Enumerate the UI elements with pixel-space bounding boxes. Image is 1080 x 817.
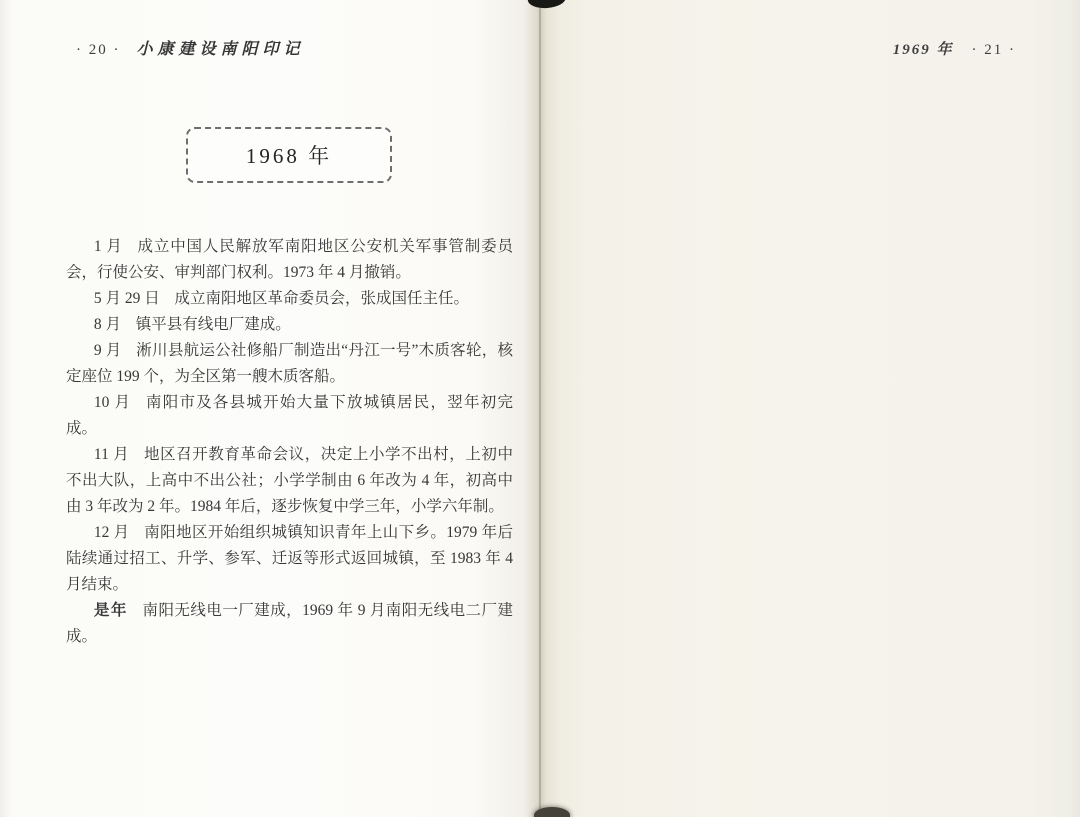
book-spread-scan: · 20 ·小康建设南阳印记 1968 年 1 月成立中国人民解放军南阳地区公安… (0, 0, 1080, 817)
entry-date: 是年 (94, 602, 128, 619)
chronicle-entry: 是年南阳无线电一厂建成，1969 年 9 月南阳无线电二厂建成。 (66, 598, 513, 650)
entry-date: 11 月 (94, 446, 129, 463)
entry-date: 10 月 (94, 394, 131, 411)
page-number-left: · 20 · (76, 42, 121, 58)
year-box-label: 1968 年 (246, 140, 332, 170)
entry-text: 南阳地区开始组织城镇知识青年上山下乡。1979 年后陆续通过招工、升学、参军、迁… (66, 524, 513, 593)
book-gutter-shadow (539, 0, 541, 817)
entry-text: 南阳无线电一厂建成，1969 年 9 月南阳无线电二厂建成。 (66, 602, 513, 645)
running-header-right: 1969 年· 21 · (893, 38, 1016, 59)
year-box-1968: 1968 年 (186, 127, 392, 183)
chronicle-entry: 1 月成立中国人民解放军南阳地区公安机关军事管制委员会，行使公安、审判部门权利。… (66, 234, 513, 286)
chronicle-text-left: 1 月成立中国人民解放军南阳地区公安机关军事管制委员会，行使公安、审判部门权利。… (66, 234, 513, 650)
entry-text: 成立南阳地区革命委员会，张成国任主任。 (175, 290, 470, 307)
left-page: · 20 ·小康建设南阳印记 1968 年 1 月成立中国人民解放军南阳地区公安… (0, 0, 540, 817)
entry-text: 地区召开教育革命会议，决定上小学不出村，上初中不出大队，上高中不出公社；小学学制… (66, 446, 513, 515)
entry-text: 南阳市及各县城开始大量下放城镇居民，翌年初完成。 (66, 394, 513, 437)
page-number-right: · 21 · (972, 42, 1017, 58)
chronicle-entry: 11 月地区召开教育革命会议，决定上小学不出村，上初中不出大队，上高中不出公社；… (66, 442, 513, 520)
running-header-left: · 20 ·小康建设南阳印记 (76, 36, 305, 59)
chronicle-entry: 5 月 29 日成立南阳地区革命委员会，张成国任主任。 (66, 286, 513, 312)
chronicle-entry: 10 月南阳市及各县城开始大量下放城镇居民，翌年初完成。 (66, 390, 513, 442)
entry-text: 镇平县有线电厂建成。 (136, 316, 291, 333)
chronicle-entry: 9 月淅川县航运公社修船厂制造出“丹江一号”木质客轮，核定座位 199 个，为全… (66, 338, 513, 390)
entry-date: 8 月 (94, 316, 121, 333)
entry-date: 9 月 (94, 342, 122, 359)
entry-text: 成立中国人民解放军南阳地区公安机关军事管制委员会，行使公安、审判部门权利。197… (66, 238, 513, 281)
entry-date: 12 月 (94, 524, 130, 541)
entry-date: 5 月 29 日 (94, 290, 160, 307)
entry-date: 1 月 (94, 238, 123, 255)
chronicle-entry: 8 月镇平县有线电厂建成。 (66, 312, 513, 338)
spine-dark-mark-bottom (534, 807, 570, 817)
chronicle-entry: 12 月南阳地区开始组织城镇知识青年上山下乡。1979 年后陆续通过招工、升学、… (66, 520, 513, 598)
right-page: 1969 年· 21 · 1969 年 4 月 1 日开工修建漯河至南阳地方铁路… (540, 0, 1080, 817)
header-year: 1969 年 (893, 42, 954, 58)
book-title: 小康建设南阳印记 (137, 41, 305, 58)
entry-text: 淅川县航运公社修船厂制造出“丹江一号”木质客轮，核定座位 199 个，为全区第一… (66, 342, 513, 385)
